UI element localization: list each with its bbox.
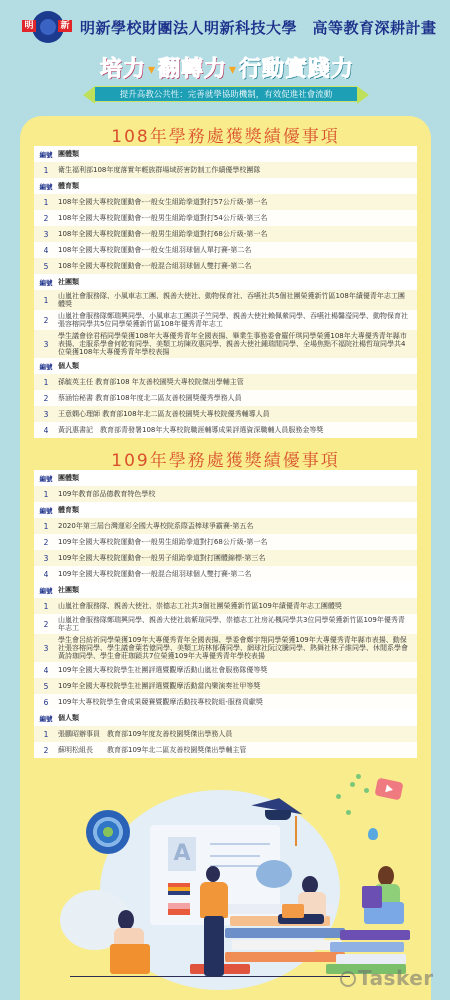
book-stack-icon (232, 940, 342, 950)
doc-line (210, 843, 270, 845)
row-text: 山嵐社會服務隊鄭瑞興同學、小風車志工團洪子竺同學、親善大使社賴佩縈同學、吞嚥社楊… (58, 312, 417, 328)
logo-row: 明 新 明新學校財團法人明新科技大學 高等教育深耕計畫 (20, 14, 437, 40)
logo-char-left: 明 (22, 20, 36, 32)
row-text: 王意嫻心理師 教育部108年北二區友善校園獎大專校院優秀輔導人員 (58, 410, 417, 418)
row-text: 蔡涵怡秘書 教育部108年度北二區友善校園獎優秀學務人員 (58, 394, 417, 402)
row-number: 1 (34, 522, 58, 531)
speech-bubble-icon (256, 860, 292, 888)
row-number: 6 (34, 698, 58, 707)
row-number: 4 (34, 666, 58, 675)
doc-line (210, 855, 260, 857)
molecule-icon (336, 794, 341, 799)
row-number: 3 (34, 230, 58, 239)
category-label: 體育類 (58, 182, 417, 190)
book-stack-icon (330, 942, 404, 952)
book-stack-icon (225, 952, 345, 962)
row-number: 3 (34, 554, 58, 563)
row-number: 1 (34, 198, 58, 207)
table-row: 3108年全國大專校院運動會-一般男生組跆拳道對打68公斤級-第一名 (34, 226, 417, 242)
row-text: 黃汎惠書記 教育部青發署108年大專校院職涯輔導成果評選資深職輔人員服務金等獎 (58, 426, 417, 434)
watermark: Tasker (340, 966, 434, 990)
table-row: 1109年教育部品德教育特色學校 (34, 486, 417, 502)
ground-line (70, 976, 350, 977)
index-label: 編號 (34, 714, 58, 723)
row-text: 衛生福利部108年度落實年輕族群場域菸害防制工作績優學校團隊 (58, 166, 417, 174)
row-text: 109年大專校院學生會成果競賽暨觀摩活動技專校院組-服務貢獻獎 (58, 698, 417, 706)
row-text: 108年全國大專校院運動會-一般混合組羽球個人雙打賽-第二名 (58, 262, 417, 270)
table-row: 1山嵐社會服務隊、親善大使社、崇德志工社共3個社團榮獲新竹區109年績優青年志工… (34, 598, 417, 614)
row-text: 109年全國大專校院運動會-一般混合組羽球個人雙打賽-第二名 (58, 570, 417, 578)
row-number: 2 (34, 538, 58, 547)
letter-a-icon: A (168, 837, 196, 871)
row-number: 1 (34, 490, 58, 499)
row-text: 109年全國大專校院學生社團評選暨觀摩活動當內樂演奏社甲等獎 (58, 682, 417, 690)
index-label: 編號 (34, 278, 58, 287)
student-head (118, 910, 134, 930)
slogan-part-2: 翻轉力 (158, 57, 227, 82)
table-row: 3王意嫻心理師 教育部108年北二區友善校園獎大專校院優秀輔導人員 (34, 406, 417, 422)
table-row: 5109年全國大專校院學生社團評選暨觀摩活動當內樂演奏社甲等獎 (34, 678, 417, 694)
student-body (200, 882, 228, 918)
group-header: 編號 社團類 (34, 274, 417, 290)
table-row: 1張鵬昭辦事員 教育部109年度友善校園獎傑出學務人員 (34, 726, 417, 742)
row-text: 108年全國大專校院運動會-一般女生組跆拳道對打57公斤級-第一名 (58, 198, 417, 206)
flag-icon (168, 903, 190, 915)
index-label: 編號 (34, 586, 58, 595)
triangle-separator-icon: ▾ (146, 62, 158, 78)
table-row: 4黃汎惠書記 教育部青發署108年大專校院職涯輔導成果評選資深職輔人員服務金等獎 (34, 422, 417, 438)
table-row: 4109年全國大專校院學生社團評選暨觀摩活動山嵐社會服務隊優等獎 (34, 662, 417, 678)
play-button-icon (374, 777, 403, 800)
molecule-icon (364, 788, 369, 793)
group-header: 編號 個人類 (34, 358, 417, 374)
table-row: 4108年全國大專校院運動會-一般女生組羽球個人單打賽-第二名 (34, 242, 417, 258)
row-text: 蘇明松組長 教育部109年北二區友善校園獎傑出學輔主管 (58, 746, 417, 754)
index-label: 編號 (34, 182, 58, 191)
index-label: 編號 (34, 506, 58, 515)
category-label: 個人類 (58, 714, 417, 722)
category-label: 個人類 (58, 362, 417, 370)
row-number: 5 (34, 682, 58, 691)
student-legs (110, 944, 150, 974)
row-number: 1 (34, 730, 58, 739)
group-header: 編號 團體類 (34, 470, 417, 486)
row-number: 4 (34, 246, 58, 255)
row-text: 109年教育部品德教育特色學校 (58, 490, 417, 498)
row-number: 4 (34, 570, 58, 579)
student-head (206, 866, 220, 882)
table-row: 1山嵐社會服務隊、小風車志工團、親善大使社、動物保育社、吞嚥社共5個社團榮獲新竹… (34, 290, 417, 310)
table-row: 2109年全國大專校院運動會-一般男生組跆拳道對打68公斤級-第一名 (34, 534, 417, 550)
row-text: 108年全國大專校院運動會-一般男生組跆拳道對打68公斤級-第一名 (58, 230, 417, 238)
laptop-icon (282, 904, 304, 918)
table-row: 3學生會呂紡祈同學榮獲109年大專優秀青年全國表揚、學委會鄭宇翔同學榮獲109年… (34, 634, 417, 662)
cap-tassel (295, 816, 297, 846)
row-text: 108年全國大專校院運動會-一般女生組羽球個人單打賽-第二名 (58, 246, 417, 254)
category-label: 團體類 (58, 474, 417, 482)
index-label: 編號 (34, 362, 58, 371)
doc-line (210, 865, 265, 867)
index-label: 編號 (34, 150, 58, 159)
group-header: 編號 社團類 (34, 582, 417, 598)
student-head (378, 866, 394, 886)
table-row: 1108年全國大專校院運動會-一般女生組跆拳道對打57公斤級-第一名 (34, 194, 417, 210)
group-header: 編號 個人類 (34, 710, 417, 726)
target-icon (86, 810, 130, 854)
header: 明 新 明新學校財團法人明新科技大學 高等教育深耕計畫 培力▾翻轉力▾行動實踐力… (0, 0, 450, 108)
row-text: 學生議會徐君稻同學榮獲108年大專優秀青年全國表揚、畢業生事務委會羅仟琪同學榮獲… (58, 332, 417, 356)
logo-char-right: 新 (58, 20, 72, 32)
molecule-icon (356, 774, 361, 779)
row-number: 2 (34, 394, 58, 403)
slogan: 培力▾翻轉力▾行動實踐力 (72, 52, 382, 83)
flag-icon (168, 883, 190, 895)
index-label: 編號 (34, 474, 58, 483)
university-logo: 明 新 (20, 14, 72, 40)
table-row: 2山嵐社會服務隊鄭瑞興同學、小風車志工團洪子竺同學、親善大使社賴佩縈同學、吞嚥社… (34, 310, 417, 330)
row-text: 山嵐社會服務隊、小風車志工團、親善大使社、動物保育社、吞嚥社共5個社團榮獲新竹區… (58, 292, 417, 308)
table-row: 4109年全國大專校院運動會-一般混合組羽球個人雙打賽-第二名 (34, 566, 417, 582)
row-number: 4 (34, 426, 58, 435)
row-number: 3 (34, 644, 58, 653)
row-text: 109年全國大專校院運動會-一般男生組跆拳道對打68公斤級-第一名 (58, 538, 417, 546)
graduation-cap-base (265, 810, 291, 820)
watermark-logo-icon (340, 971, 356, 987)
row-text: 山嵐社會服務隊、親善大使社、崇德志工社共3個社團榮獲新竹區109年績優青年志工團… (58, 602, 417, 610)
row-text: 108年全國大專校院運動會-一般男生組跆拳道對打54公斤級-第三名 (58, 214, 417, 222)
slogan-part-3: 行動實踐力 (239, 57, 354, 82)
subtitle-ribbon: 提升高教公共性：完善就學協助機制，有效促進社會流動 (95, 86, 357, 102)
row-text: 學生會呂紡祈同學榮獲109年大專優秀青年全國表揚、學委會鄭宇翔同學榮獲109年大… (58, 636, 417, 660)
awards-table-108: 編號 團體類 1 衛生福利部108年度落實年輕族群場域菸害防制工作績優學校團隊 … (34, 146, 417, 438)
row-number: 2 (34, 746, 58, 755)
student-legs (204, 916, 224, 976)
category-label: 團體類 (58, 150, 417, 158)
book-stack-icon (340, 930, 410, 940)
row-text: 孫毓英主任 教育部108 年友善校園獎大專校院傑出學輔主管 (58, 378, 417, 386)
row-number: 3 (34, 410, 58, 419)
row-number: 2 (34, 620, 58, 629)
table-row: 12020年第三屆台灣運彩全國大專校院系際盃棒球爭霸賽-第五名 (34, 518, 417, 534)
row-number: 1 (34, 296, 58, 305)
table-row: 2山嵐社會服務隊鄭瑞興同學、親善大使社翁紫瑄同學、崇德志工社房沁楓同學共3位同學… (34, 614, 417, 634)
table-row: 3學生議會徐君稻同學榮獲108年大專優秀青年全國表揚、畢業生事務委會羅仟琪同學榮… (34, 330, 417, 358)
row-text: 張鵬昭辦事員 教育部109年度友善校園獎傑出學務人員 (58, 730, 417, 738)
row-number: 2 (34, 214, 58, 223)
table-row: 5108年全國大專校院運動會-一般混合組羽球個人雙打賽-第二名 (34, 258, 417, 274)
row-text: 山嵐社會服務隊鄭瑞興同學、親善大使社翁紫瑄同學、崇德志工社房沁楓同學共3位同學榮… (58, 616, 417, 632)
group-header: 編號 體育類 (34, 502, 417, 518)
category-label: 社團類 (58, 278, 417, 286)
awards-table-109: 編號 團體類 1109年教育部品德教育特色學校 編號 體育類 12020年第三屆… (34, 470, 417, 758)
molecule-icon (346, 810, 351, 815)
row-number: 5 (34, 262, 58, 271)
table-row: 1 衛生福利部108年度落實年輕族群場域菸害防制工作績優學校團隊 (34, 162, 417, 178)
book-icon (362, 886, 382, 908)
watermark-text: Tasker (358, 966, 434, 990)
category-label: 社團類 (58, 586, 417, 594)
section-title-109: 109年學務處獲獎績優事項 (20, 446, 431, 471)
org-title: 明新學校財團法人明新科技大學 高等教育深耕計畫 (80, 17, 437, 38)
row-text: 109年全國大專校院運動會-一般男子組跆拳道對打團體錦標-第三名 (58, 554, 417, 562)
row-number: 2 (34, 316, 58, 325)
row-number: 1 (34, 602, 58, 611)
group-header: 編號 團體類 (34, 146, 417, 162)
table-row: 3109年全國大專校院運動會-一般男子組跆拳道對打團體錦標-第三名 (34, 550, 417, 566)
triangle-separator-icon: ▾ (227, 62, 239, 78)
row-number: 1 (34, 166, 58, 175)
row-text: 2020年第三屆台灣運彩全國大專校院系際盃棒球爭霸賽-第五名 (58, 522, 417, 530)
lightbulb-icon (368, 828, 378, 840)
row-number: 3 (34, 340, 58, 349)
table-row: 2蔡涵怡秘書 教育部108年度北二區友善校園獎優秀學務人員 (34, 390, 417, 406)
molecule-icon (350, 782, 355, 787)
table-row: 1孫毓英主任 教育部108 年友善校園獎大專校院傑出學輔主管 (34, 374, 417, 390)
row-text: 109年全國大專校院學生社團評選暨觀摩活動山嵐社會服務隊優等獎 (58, 666, 417, 674)
section-title-108: 108年學務處獲獎績優事項 (20, 122, 431, 147)
category-label: 體育類 (58, 506, 417, 514)
table-row: 2蘇明松組長 教育部109年北二區友善校園獎傑出學輔主管 (34, 742, 417, 758)
group-header: 編號 體育類 (34, 178, 417, 194)
table-row: 6109年大專校院學生會成果競賽暨觀摩活動技專校院組-服務貢獻獎 (34, 694, 417, 710)
book-stack-icon (336, 954, 406, 964)
row-number: 1 (34, 378, 58, 387)
table-row: 2108年全國大專校院運動會-一般男生組跆拳道對打54公斤級-第三名 (34, 210, 417, 226)
slogan-part-1: 培力 (100, 57, 146, 82)
book-stack-icon (225, 928, 345, 938)
